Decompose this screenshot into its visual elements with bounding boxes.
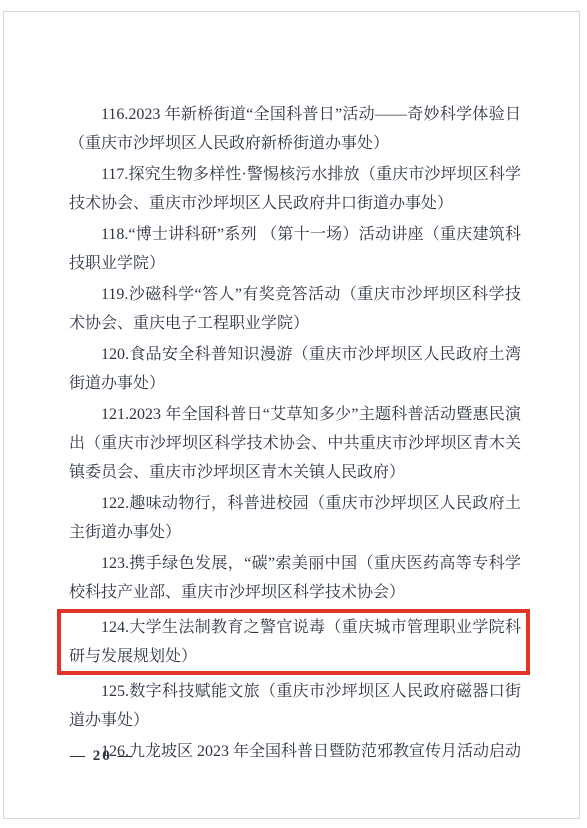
list-item-125: 125.数字科技赋能文旅（重庆市沙坪坝区人民政府磁器口街道办事处） — [69, 677, 521, 735]
list-item-123: 123.携手绿色发展，“碳”索美丽中国（重庆医药高等专科学校科技产业部、重庆市沙… — [69, 549, 521, 607]
list-item-119: 119.沙磁科学“答人”有奖竞答活动（重庆市沙坪坝区科学技术协会、重庆电子工程职… — [69, 280, 521, 338]
list-item-126: 126.九龙坡区 2023 年全国科普日暨防范邪教宣传月活动启动 — [69, 737, 521, 766]
list-item-124-highlighted: 124.大学生法制教育之警官说毒（重庆城市管理职业学院科研与发展规划处） — [69, 613, 521, 671]
highlight-box: 124.大学生法制教育之警官说毒（重庆城市管理职业学院科研与发展规划处） — [57, 609, 530, 675]
list-item-118: 118.“博士讲科研”系列 （第十一场）活动讲座（重庆建筑科技职业学院） — [69, 220, 521, 278]
list-item-120: 120.食品安全科普知识漫游（重庆市沙坪坝区人民政府土湾街道办事处） — [69, 340, 521, 398]
list-item-117: 117.探究生物多样性·警惕核污水排放（重庆市沙坪坝区科学技术协会、重庆市沙坪坝… — [69, 160, 521, 218]
document-page: 116.2023 年新桥街道“全国科普日”活动——奇妙科学体验日（重庆市沙坪坝区… — [3, 11, 580, 819]
list-item-121: 121.2023 年全国科普日“艾草知多少”主题科普活动暨惠民演出（重庆市沙坪坝… — [69, 400, 521, 487]
list-item-116: 116.2023 年新桥街道“全国科普日”活动——奇妙科学体验日（重庆市沙坪坝区… — [69, 100, 521, 158]
activity-list: 116.2023 年新桥街道“全国科普日”活动——奇妙科学体验日（重庆市沙坪坝区… — [69, 100, 521, 766]
list-item-122: 122.趣味动物行，科普进校园（重庆市沙坪坝区人民政府土主街道办事处） — [69, 489, 521, 547]
page-number: — 20 — — [70, 748, 135, 765]
